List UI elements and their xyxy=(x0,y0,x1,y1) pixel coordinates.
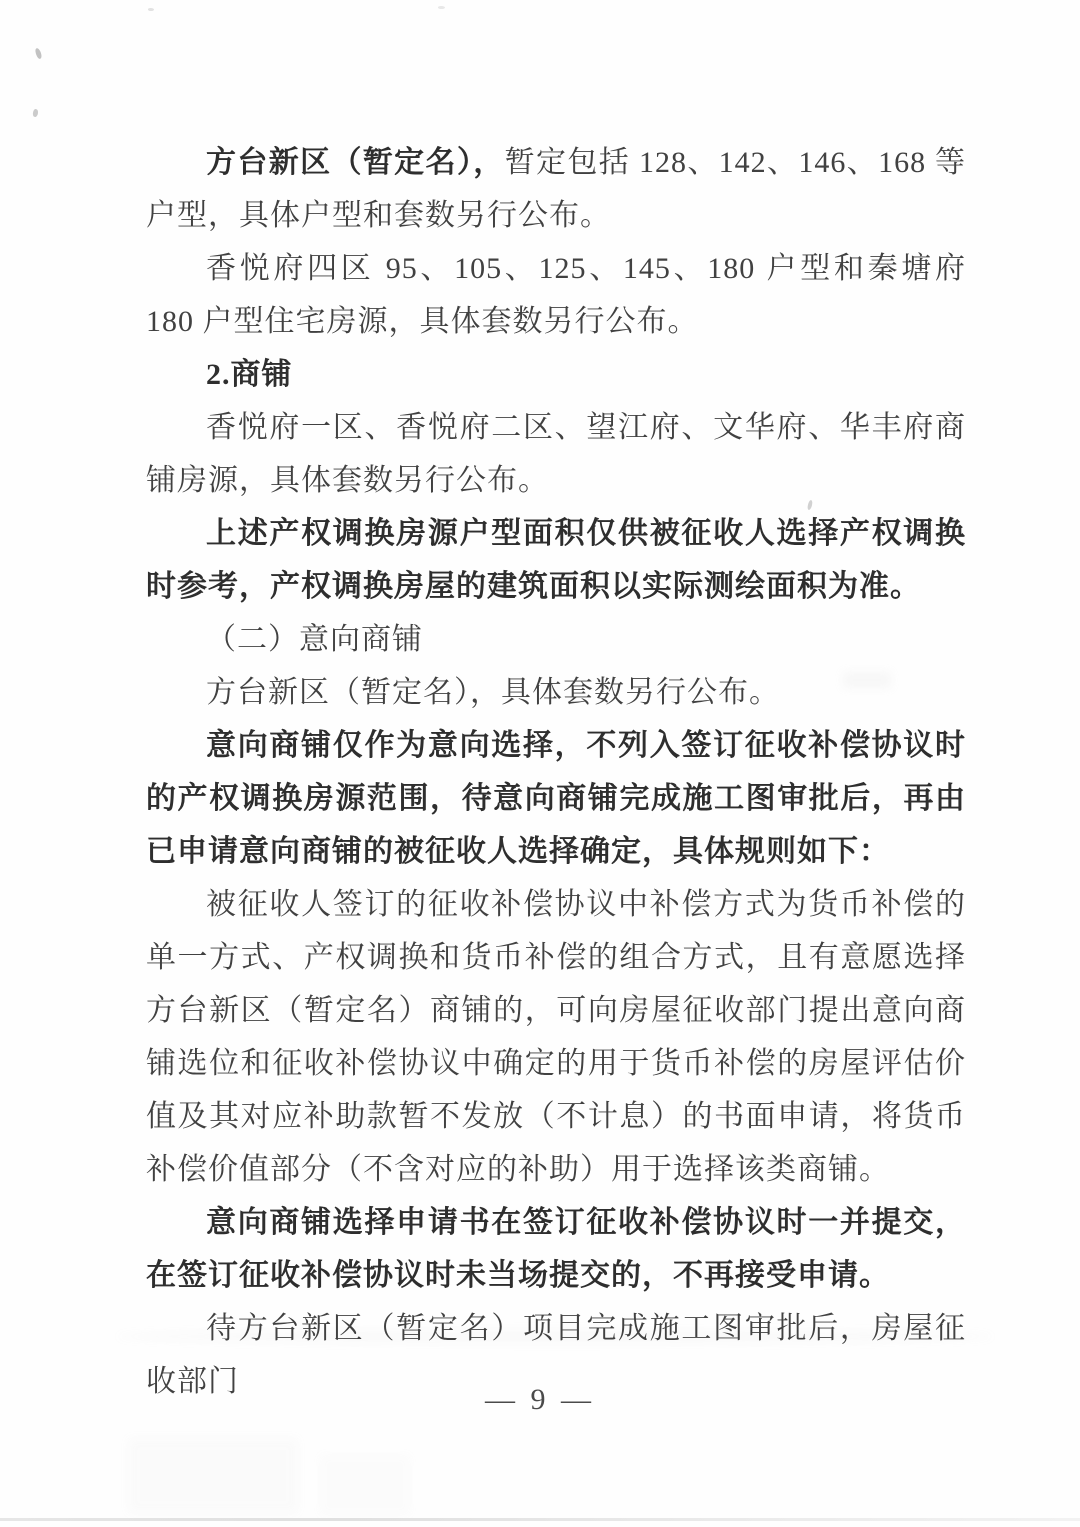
document-body: 方台新区（暂定名），暂定包括 128、142、146、168 等户型，具体户型和… xyxy=(146,136,966,1408)
scan-speck xyxy=(148,8,154,11)
scan-speck xyxy=(438,6,445,9)
heading-shops-segment: 2.商铺 xyxy=(206,358,293,391)
para-intent-selection-rules-segment: 意向商铺仅作为意向选择，不列入签订征收补偿协议时的产权调换房源范围，待意向商铺完… xyxy=(146,729,966,868)
scan-speck xyxy=(32,109,39,118)
para-fangtai-unit-types: 方台新区（暂定名），暂定包括 128、142、146、168 等户型，具体户型和… xyxy=(146,136,966,242)
para-compensation-application-segment: 被征收人签订的征收补偿协议中补偿方式为货币补偿的单一方式、产权调换和货币补偿的组… xyxy=(146,888,966,1186)
para-xiangyue-four-housing-segment: 香悦府四区 95、105、125、145、180 户型和秦塘府 180 户型住宅… xyxy=(146,252,966,338)
para-shop-sources-segment: 香悦府一区、香悦府二区、望江府、文华府、华丰府商铺房源，具体套数另行公布。 xyxy=(146,411,966,497)
scan-speck xyxy=(34,47,42,59)
para-area-reference-note: 上述产权调换房源户型面积仅供被征收人选择产权调换时参考，产权调换房屋的建筑面积以… xyxy=(146,507,966,613)
para-shop-sources: 香悦府一区、香悦府二区、望江府、文华府、华丰府商铺房源，具体套数另行公布。 xyxy=(146,401,966,507)
scan-edge-line xyxy=(0,1518,1080,1521)
scan-smudge xyxy=(128,1438,298,1513)
para-fangtai-shops-segment: 方台新区（暂定名），具体套数另行公布。 xyxy=(206,676,780,709)
para-application-submission-segment: 意向商铺选择申请书在签订征收补偿协议时一并提交，在签订征收补偿协议时未当场提交的… xyxy=(146,1206,966,1292)
subheading-intended-shops: （二）意向商铺 xyxy=(146,613,966,666)
page-number: — 9 — xyxy=(0,1383,1080,1417)
heading-shops: 2.商铺 xyxy=(146,348,966,401)
para-compensation-application: 被征收人签订的征收补偿协议中补偿方式为货币补偿的单一方式、产权调换和货币补偿的组… xyxy=(146,878,966,1196)
scan-smudge xyxy=(320,1455,410,1515)
para-intent-selection-rules: 意向商铺仅作为意向选择，不列入签订征收补偿协议时的产权调换房源范围，待意向商铺完… xyxy=(146,719,966,878)
document-page: 方台新区（暂定名），暂定包括 128、142、146、168 等户型，具体户型和… xyxy=(0,0,1080,1527)
para-area-reference-note-segment: 上述产权调换房源户型面积仅供被征收人选择产权调换时参考，产权调换房屋的建筑面积以… xyxy=(146,517,966,603)
para-fangtai-unit-types-segment: 方台新区（暂定名）， xyxy=(206,146,505,179)
subheading-intended-shops-segment: （二）意向商铺 xyxy=(206,623,423,656)
para-fangtai-shops: 方台新区（暂定名），具体套数另行公布。 xyxy=(146,666,966,719)
para-xiangyue-four-housing: 香悦府四区 95、105、125、145、180 户型和秦塘府 180 户型住宅… xyxy=(146,242,966,348)
para-application-submission: 意向商铺选择申请书在签订征收补偿协议时一并提交，在签订征收补偿协议时未当场提交的… xyxy=(146,1196,966,1302)
